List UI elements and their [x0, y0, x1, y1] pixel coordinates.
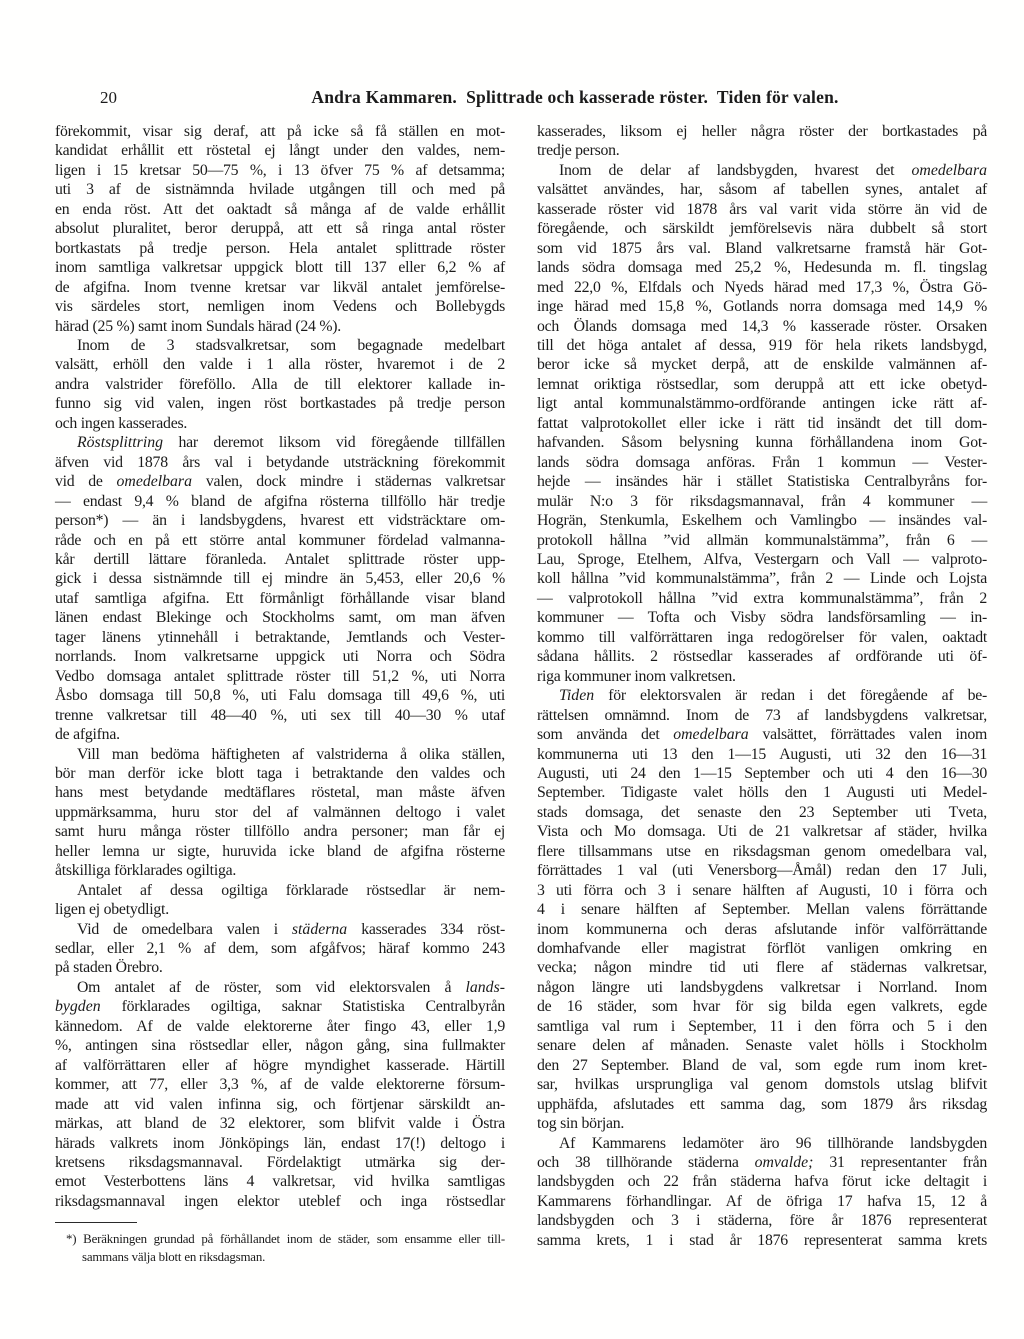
text-line: Hogrän, Stenkumla, Eskelhem och Vamlingb…: [537, 511, 987, 530]
text-line: och ingen kasserades.: [55, 414, 505, 433]
left-column: förekommit, visar sig deraf, att på icke…: [55, 122, 505, 1266]
text-line: Lau, Sproge, Etelhem, Alfva, Vestergarn …: [537, 550, 987, 569]
text-line: de afgifna.: [55, 725, 505, 744]
text-line: trenne valkretsar till 48—40 %, uti sex …: [55, 706, 505, 725]
text-line: sedlar, eller 2,1 % af dem, som afgåfvos…: [55, 939, 505, 958]
text-line: tager länens ytinnehåll i betraktande, J…: [55, 628, 505, 647]
text-line: som vid 1875 års val. Bland valkretsarne…: [537, 239, 987, 258]
text-line: ligen ej obetydligt.: [55, 900, 505, 919]
text-line: norrlands. Inom valkretsarne uppgick uti…: [55, 647, 505, 666]
text-line: bortkastats på tredje person. Hela antal…: [55, 239, 505, 258]
text-line: flere tillsammans utse en riksdagsman ge…: [537, 842, 987, 861]
text-line: bygden förklarades ogiltiga, saknar Stat…: [55, 997, 505, 1016]
text-line: lands södra domsaga anföras. Från 1 komm…: [537, 453, 987, 472]
text-line: uti 3 af de sistnämnda hvilade utgången …: [55, 180, 505, 199]
text-line: ligen i 15 kretsar 50—75 %, i 13 öfver 7…: [55, 161, 505, 180]
text-line: Inom de delar af landsbygden, hvarest de…: [537, 161, 987, 180]
text-line: sar, hvilkas ursprungliga val genom doms…: [537, 1075, 987, 1094]
text-line: Om antalet af de röster, som vid elektor…: [55, 978, 505, 997]
text-line: Åsbo domsaga till 50,8 %, uti Falu domsa…: [55, 686, 505, 705]
text-line: vis särdeles stort, nemligen inom Vedens…: [55, 297, 505, 316]
text-line: Inom de 3 stadsvalkretsar, som begagnade…: [55, 336, 505, 355]
text-line: äfven vid 1878 års val i betydande utstr…: [55, 453, 505, 472]
text-line: Vill man bedöma häftigheten af valstride…: [55, 745, 505, 764]
text-line: protokoll hållna ”vid allmän kommunalstä…: [537, 531, 987, 550]
text-line: Kammarens förhandlingar. Af de öfriga 17…: [537, 1192, 987, 1211]
text-line: emot Vesterbottens läns 4 valkretsar, vi…: [55, 1172, 505, 1191]
running-title: Andra Kammaren. Splittrade och kasserade…: [126, 87, 1024, 108]
text-body: förekommit, visar sig deraf, att på icke…: [55, 122, 987, 1266]
text-line: kommunerna uti 13 den 1—15 Augusti, uti …: [537, 745, 987, 764]
right-column: kasserades, liksom ej heller några röste…: [537, 122, 987, 1266]
text-line: den 27 September. Bland de val, som egde…: [537, 1056, 987, 1075]
text-line: märkas, att bland de 32 elektorer, som b…: [55, 1114, 505, 1133]
text-line: Tiden för elektorsvalen är redan i det f…: [537, 686, 987, 705]
text-line: en enda röst. Att det oaktadt så många a…: [55, 200, 505, 219]
footnote-divider: [55, 1222, 137, 1223]
text-line: kännedom. Af de valde elektorerne åter f…: [55, 1017, 505, 1036]
text-line: förrättades 1 val (uti Venersborg—Åmål) …: [537, 861, 987, 880]
text-line: Antalet af dessa ogiltiga förklarade rös…: [55, 881, 505, 900]
text-line: tog sin början.: [537, 1114, 987, 1133]
text-line: råde och en på ett större antal kommuner…: [55, 531, 505, 550]
text-line: beror icke så mycket derpå, att de enski…: [537, 355, 987, 374]
text-line: kommuner — Tofta och Visby södra landsfö…: [537, 608, 987, 627]
text-line: utaf samtliga afgifna. Ett förmånligt fö…: [55, 589, 505, 608]
text-line: %, antingen sina röstsedlar eller, någon…: [55, 1036, 505, 1055]
text-line: domhafvande eller magistrat förflöt vanl…: [537, 939, 987, 958]
text-line: hans mest betydande medtäflares röstetal…: [55, 783, 505, 802]
text-line: som använda det omedelbara valsättet, fö…: [537, 725, 987, 744]
text-line: riga kommuner inom valkretsen.: [537, 667, 987, 686]
text-line: härad (25 %) samt inom Sundals härad (24…: [55, 317, 505, 336]
text-line: fattat valprotokollet eller icke i rätt …: [537, 414, 987, 433]
text-line: kasserade röster vid 1878 års val varit …: [537, 200, 987, 219]
text-line: lemnat oriktiga röstsedlar, som deruppå …: [537, 375, 987, 394]
text-line: senare delen af månaden. Senaste valet h…: [537, 1036, 987, 1055]
text-line: Augusti, uti 24 den 1—15 September och u…: [537, 764, 987, 783]
text-line: uppmärksamma, huru stor del af valmännen…: [55, 803, 505, 822]
document-page: 20 Andra Kammaren. Splittrade och kasser…: [0, 0, 1024, 1339]
text-line: valsättet användes, har, såsom af tabell…: [537, 180, 987, 199]
text-line: riksdagsmannaval ingen elektor uteblef o…: [55, 1192, 505, 1211]
text-line: Vid de omedelbara valen i städerna kasse…: [55, 920, 505, 939]
text-line: härads valkrets inom Jönköpings län, end…: [55, 1134, 505, 1153]
text-line: hafvanden. Såsom belysning kunna förhåll…: [537, 433, 987, 452]
text-line: någon längre uti landsbygdens valkretsar…: [537, 978, 987, 997]
text-line: och 38 tillhörande städerna omvalde; 31 …: [537, 1153, 987, 1172]
text-line: stads domsaga, det senaste den 23 Septem…: [537, 803, 987, 822]
text-line: heller lemna ur sigte, huruvida icke bla…: [55, 842, 505, 861]
text-line: landsbygden och 22 från städerna hafva f…: [537, 1172, 987, 1191]
text-line: tredje person.: [537, 141, 987, 160]
text-line: och Ölands domsaga med 14,3 % kasserade …: [537, 317, 987, 336]
text-line: gick i dessa sistnämnde till ej mindre ä…: [55, 569, 505, 588]
text-line: funno sig vid valen, ingen röst bortkast…: [55, 394, 505, 413]
footnote: *) Beräkningen grundad på förhållandet i…: [55, 1222, 505, 1266]
text-line: inge härad med 15,8 %, Gotlands norra do…: [537, 297, 987, 316]
page-number: 20: [100, 88, 117, 108]
footnote-line: *) Beräkningen grundad på förhållandet i…: [55, 1230, 505, 1248]
text-line: 3 uti förra och 3 i senare hälften af Au…: [537, 881, 987, 900]
text-line: åtskilliga förklarades ogiltiga.: [55, 861, 505, 880]
text-line: kretsens riksdagsmannaval. Fördelaktigt …: [55, 1153, 505, 1172]
text-line: — endast 9,4 % bland de afgifna rösterna…: [55, 492, 505, 511]
text-line: länen endast Blekinge och Stockholms sam…: [55, 608, 505, 627]
text-line: vecka; någon mindre tid uti flere af stä…: [537, 958, 987, 977]
text-line: kandidat erhållit ett röstetal ej långt …: [55, 141, 505, 160]
text-line: föregående, och särskildt jemförelsevis …: [537, 219, 987, 238]
text-line: mulär N:o 3 för riksdagsmannaval, från 4…: [537, 492, 987, 511]
text-line: landsbygden och 3 i städerna, före år 18…: [537, 1211, 987, 1230]
text-line: 4 i senare hälften af September. Mellan …: [537, 900, 987, 919]
text-line: samtliga val rum i September, 11 i den f…: [537, 1017, 987, 1036]
text-line: de afgifna. Inom tvenne kretsar var likv…: [55, 278, 505, 297]
text-line: — valprotokoll hållna ”vid extra kommuna…: [537, 589, 987, 608]
text-line: person*) — än i landsbygdens, hvarest et…: [55, 511, 505, 530]
text-line: på staden Örebro.: [55, 958, 505, 977]
text-line: Vista och Mo domsaga. Uti de 21 valkrets…: [537, 822, 987, 841]
footnote-line: sammans välja blott en riksdagsman.: [55, 1248, 505, 1266]
text-line: med 22,0 %, Elfdals och Nyeds härad med …: [537, 278, 987, 297]
text-line: inom kommunerna och deras afslutande inf…: [537, 920, 987, 939]
text-line: lands södra domsaga med 25,2 %, Hedesund…: [537, 258, 987, 277]
text-line: samt huru många röster tillföllo andra p…: [55, 822, 505, 841]
text-line: Vedbo domsaga antalet splittrade röster …: [55, 667, 505, 686]
text-line: valsätt, erhöll den valde i 1 alla röste…: [55, 355, 505, 374]
text-line: kår dertill lättare föranleda. Antalet s…: [55, 550, 505, 569]
text-line: förekommit, visar sig deraf, att på icke…: [55, 122, 505, 141]
text-line: ligt antal kommunalstämmo-ordförande ant…: [537, 394, 987, 413]
text-line: absolut pluralitet, beror deruppå, att e…: [55, 219, 505, 238]
text-line: upphäfda, afslutades ett samma dag, som …: [537, 1095, 987, 1114]
text-line: vid de omedelbara valen, dock mindre i s…: [55, 472, 505, 491]
text-line: af valförrättaren eller af högre myndigh…: [55, 1056, 505, 1075]
text-line: koll hållna ”vid kommunalstämma”, från 2…: [537, 569, 987, 588]
text-line: made att vid valen infinna sig, och fört…: [55, 1095, 505, 1114]
text-line: samma krets, 1 i stad år 1876 represente…: [537, 1231, 987, 1250]
text-line: de 16 städer, som hvar för sig bilda ege…: [537, 997, 987, 1016]
text-line: bör man derför icke blott taga i betrakt…: [55, 764, 505, 783]
text-line: andra valstrider föreföllo. Alla de till…: [55, 375, 505, 394]
text-line: Af Kammarens ledamöter äro 96 tillhörand…: [537, 1134, 987, 1153]
text-line: kommo till valförrättaren inga redogörel…: [537, 628, 987, 647]
text-line: kommer, att 77, eller 3,3 %, af de valde…: [55, 1075, 505, 1094]
text-line: till det höga antalet af dessa, 919 för …: [537, 336, 987, 355]
text-line: inom samtliga valkretsar uppgick blott t…: [55, 258, 505, 277]
text-line: September. Tidigaste valet hölls den 1 A…: [537, 783, 987, 802]
text-line: Röstsplittring har deremot liksom vid fö…: [55, 433, 505, 452]
text-line: hejde — insändes här i stället Statistis…: [537, 472, 987, 491]
text-line: sådana hållits. 2 röstsedlar kasserades …: [537, 647, 987, 666]
text-line: kasserades, liksom ej heller några röste…: [537, 122, 987, 141]
text-line: rättelsen omnämnd. Inom de 73 af landsby…: [537, 706, 987, 725]
